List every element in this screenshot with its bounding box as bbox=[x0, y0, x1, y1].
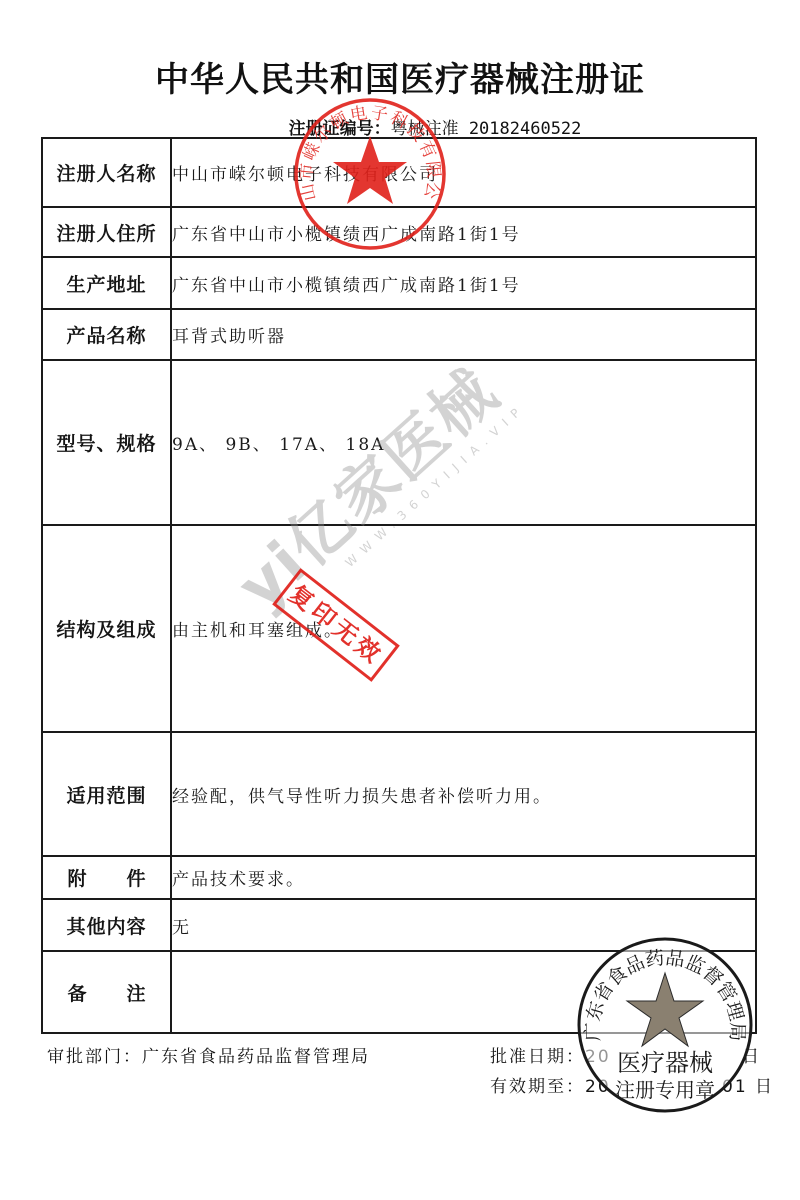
registration-number: 注册证编号：粤械注准 20182460522 bbox=[0, 114, 800, 139]
row-label: 其他内容 bbox=[42, 899, 171, 951]
row-value-registrant-address: 广东省中山市小榄镇绩西广成南路1街1号 bbox=[171, 207, 756, 257]
table-row: 其他内容 无 bbox=[42, 899, 756, 951]
approval-date-start: 20 bbox=[585, 1047, 611, 1067]
table-row: 产品名称 耳背式助听器 bbox=[42, 309, 756, 360]
row-label: 适用范围 bbox=[42, 732, 171, 856]
row-label-part: 备 bbox=[67, 983, 86, 1005]
row-label-part: 注 bbox=[127, 983, 146, 1005]
row-value-structure: 由主机和耳塞组成。 bbox=[171, 525, 756, 732]
approval-department: 审批部门：广东省食品药品监督管理局 bbox=[47, 1042, 370, 1067]
table-row: 注册人名称 中山市嵘尔顿电子科技有限公司 bbox=[42, 138, 756, 207]
valid-until-start: 20 bbox=[585, 1077, 611, 1097]
valid-until-end: 01 日 bbox=[722, 1072, 774, 1097]
row-value-attachment: 产品技术要求。 bbox=[171, 856, 756, 899]
row-value-scope: 经验配，供气导性听力损失患者补偿听力用。 bbox=[171, 732, 756, 856]
row-label: 注册人住所 bbox=[42, 207, 171, 257]
table-row: 型号、规格 9A、 9B、 17A、 18A bbox=[42, 360, 756, 525]
registration-number-value: 粤械注准 20182460522 bbox=[391, 119, 582, 139]
document-title: 中华人民共和国医疗器械注册证 bbox=[0, 52, 800, 101]
row-value-remarks bbox=[171, 951, 756, 1033]
row-label: 生产地址 bbox=[42, 257, 171, 309]
row-label: 产品名称 bbox=[42, 309, 171, 360]
row-label-part: 件 bbox=[127, 868, 146, 890]
svg-text:注册专用章: 注册专用章 bbox=[615, 1078, 715, 1102]
approval-date: 批准日期：20 日 bbox=[490, 1042, 611, 1067]
row-value-production-address: 广东省中山市小榄镇绩西广成南路1街1号 bbox=[171, 257, 756, 309]
row-label: 结构及组成 bbox=[42, 525, 171, 732]
row-value-models: 9A、 9B、 17A、 18A bbox=[171, 360, 756, 525]
table-row: 附件 产品技术要求。 bbox=[42, 856, 756, 899]
row-value-other: 无 bbox=[171, 899, 756, 951]
valid-until-label: 有效期至： bbox=[490, 1077, 585, 1097]
row-label-part: 附 bbox=[67, 868, 86, 890]
approval-date-end: 日 bbox=[742, 1042, 761, 1067]
row-value-product-name: 耳背式助听器 bbox=[171, 309, 756, 360]
row-label: 备注 bbox=[42, 951, 171, 1033]
row-label: 注册人名称 bbox=[42, 138, 171, 207]
certificate-table: 注册人名称 中山市嵘尔顿电子科技有限公司 注册人住所 广东省中山市小榄镇绩西广成… bbox=[41, 137, 757, 1034]
table-row: 备注 bbox=[42, 951, 756, 1033]
table-row: 注册人住所 广东省中山市小榄镇绩西广成南路1街1号 bbox=[42, 207, 756, 257]
row-value-registrant-name: 中山市嵘尔顿电子科技有限公司 bbox=[171, 138, 756, 207]
row-label: 型号、规格 bbox=[42, 360, 171, 525]
valid-until: 有效期至：20 01 日 bbox=[490, 1072, 611, 1097]
approval-date-label: 批准日期： bbox=[490, 1047, 585, 1067]
registration-number-label: 注册证编号： bbox=[289, 119, 391, 139]
table-row: 结构及组成 由主机和耳塞组成。 bbox=[42, 525, 756, 732]
svg-text:医疗器械: 医疗器械 bbox=[617, 1049, 713, 1077]
table-row: 适用范围 经验配，供气导性听力损失患者补偿听力用。 bbox=[42, 732, 756, 856]
table-row: 生产地址 广东省中山市小榄镇绩西广成南路1街1号 bbox=[42, 257, 756, 309]
row-label: 附件 bbox=[42, 856, 171, 899]
